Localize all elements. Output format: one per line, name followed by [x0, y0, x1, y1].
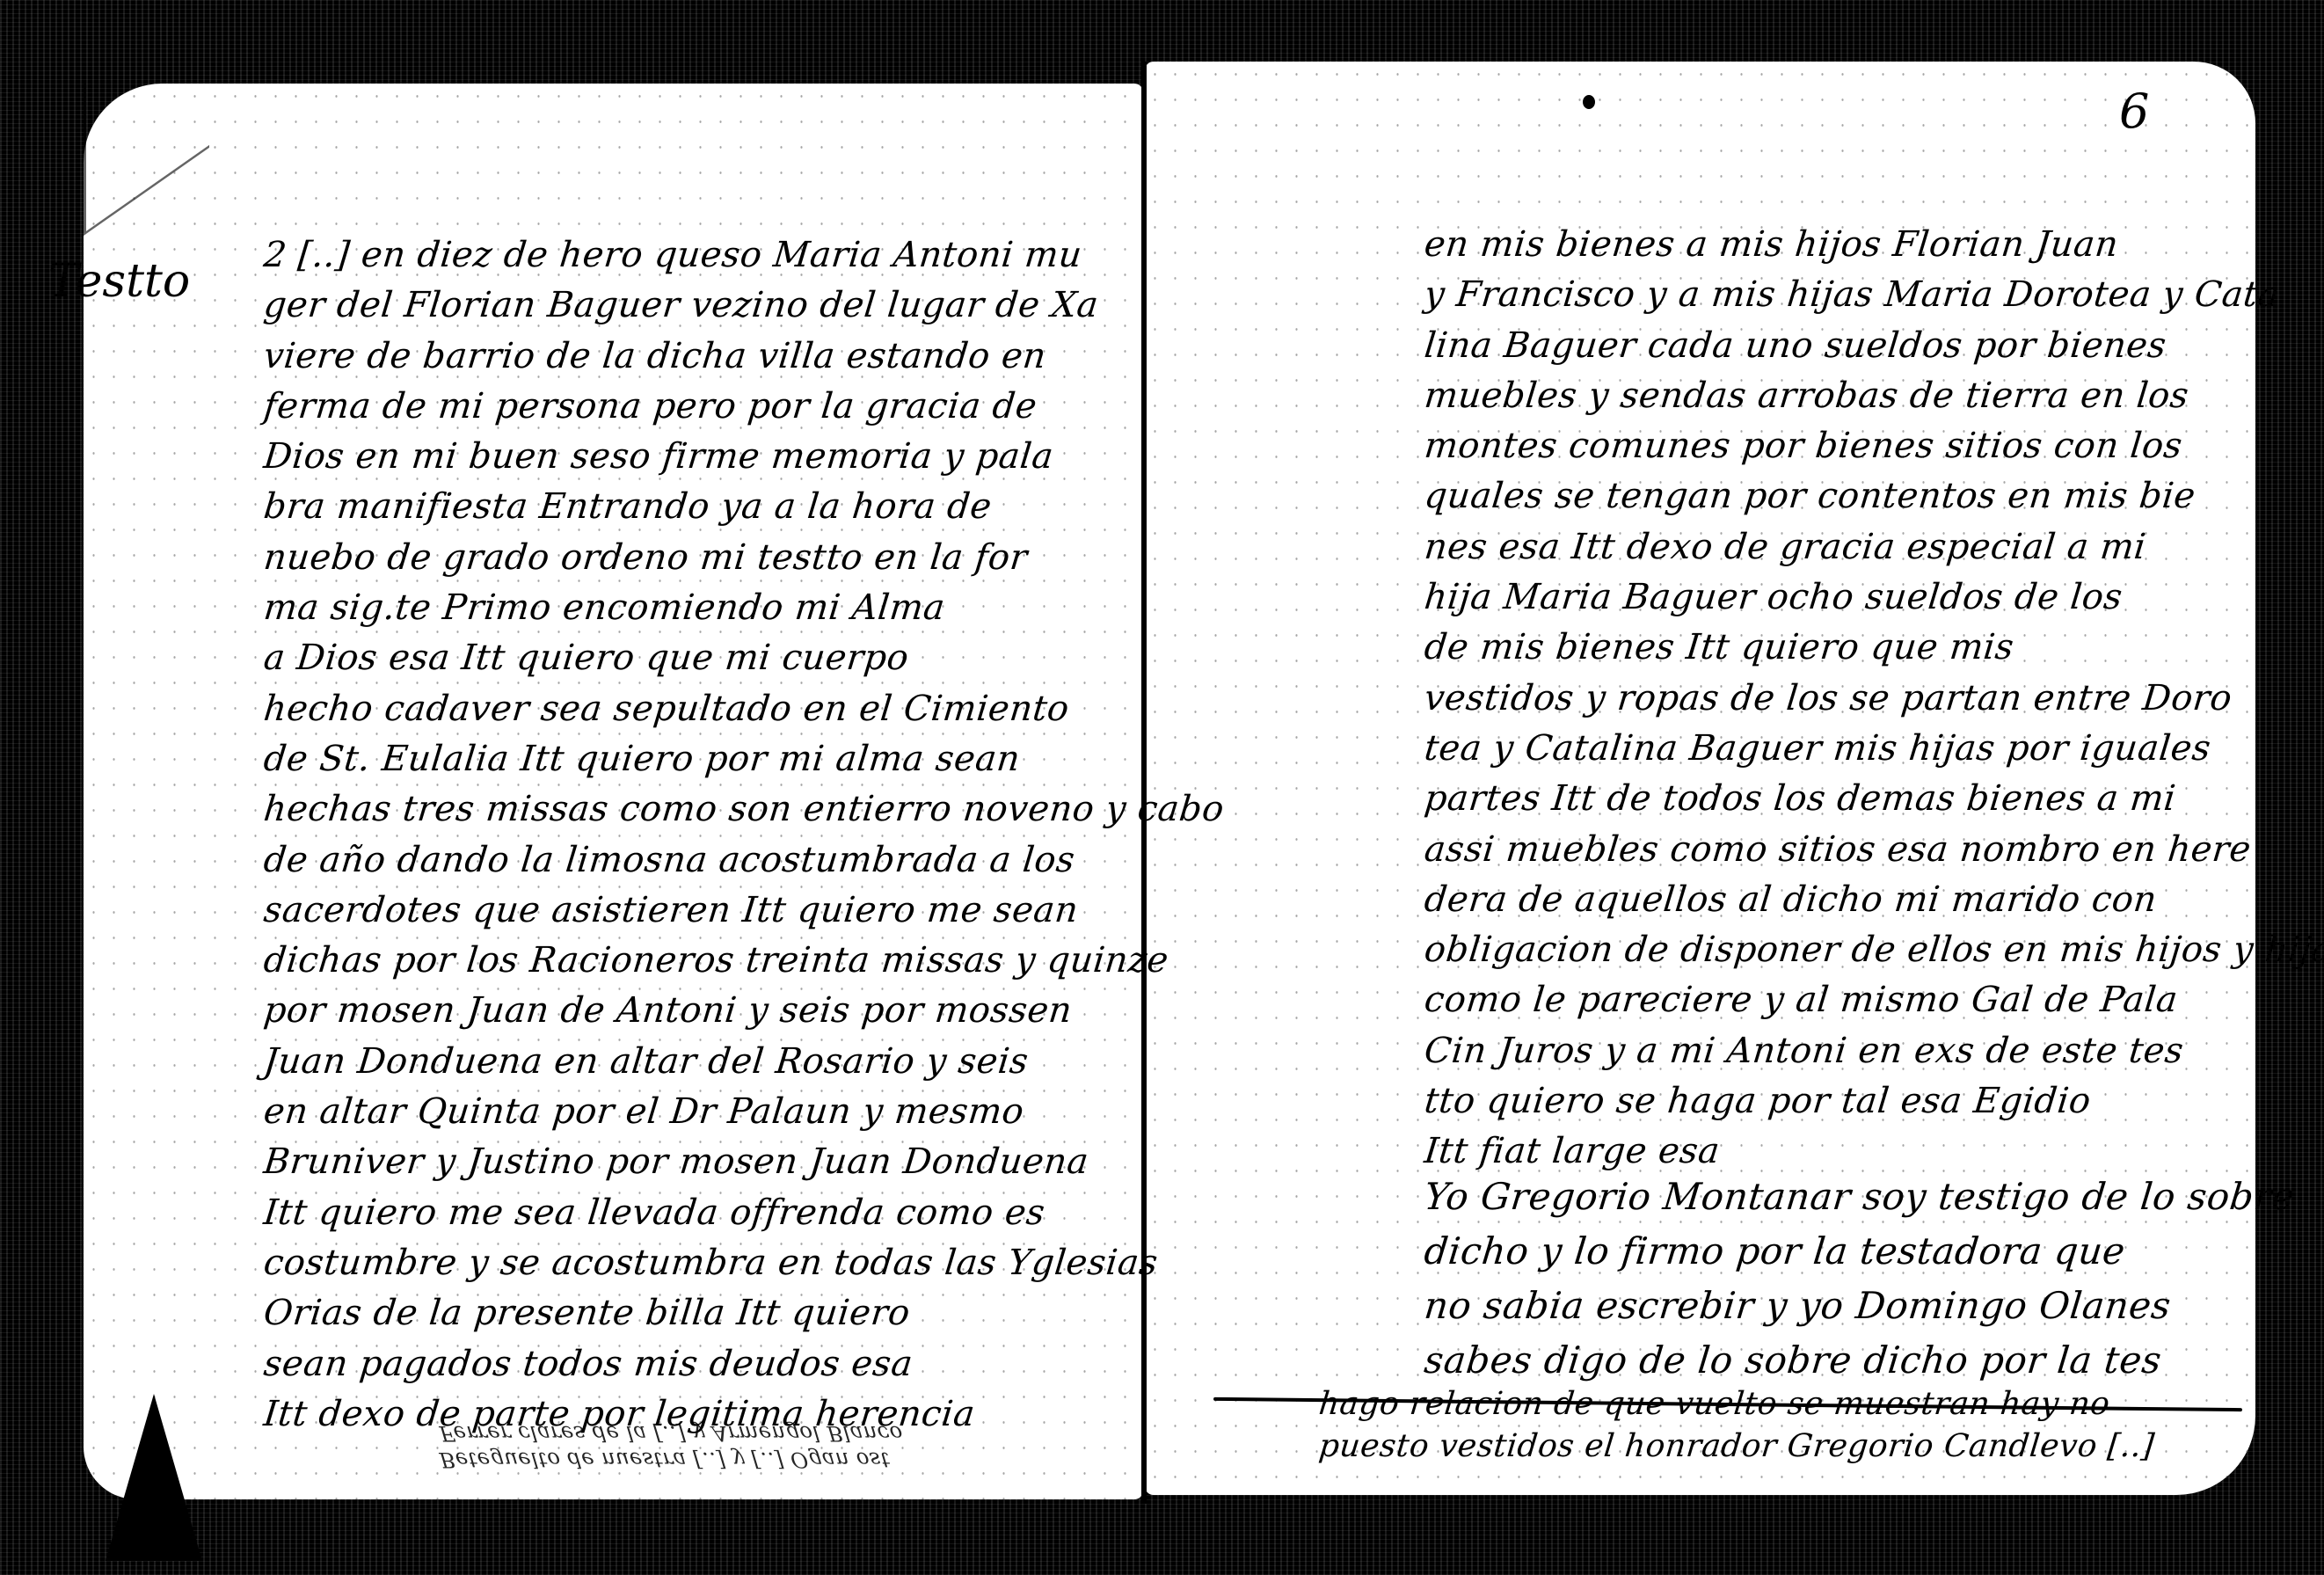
text-line: Itt quiero me sea llevada offrenda como …	[261, 1188, 1227, 1238]
text-line: dicho y lo firmo por la testadora que	[1422, 1224, 2298, 1279]
text-line: hija Maria Baguer ocho sueldos de los	[1422, 572, 2324, 623]
text-line: y Francisco y a mis hijas Maria Dorotea …	[1422, 270, 2324, 320]
text-line: ferma de mi persona pero por la gracia d…	[261, 382, 1227, 432]
text-line: Dios en mi buen seso firme memoria y pal…	[261, 432, 1227, 482]
text-line: 2 [..] en diez de hero queso Maria Anton…	[261, 230, 1227, 281]
text-line: de mis bienes Itt quiero que mis	[1422, 623, 2324, 673]
text-line: como le pareciere y al mismo Gal de Pala	[1422, 975, 2324, 1025]
text-line: en altar Quinta por el Dr Palaun y mesmo	[261, 1087, 1227, 1137]
text-line: en mis bienes a mis hijos Florian Juan	[1422, 220, 2324, 270]
text-line: lina Baguer cada uno sueldos por bienes	[1422, 321, 2324, 371]
text-line: hecho cadaver sea sepultado en el Cimien…	[261, 684, 1227, 734]
text-line: obligacion de disponer de ellos en mis h…	[1422, 925, 2324, 975]
text-line: Bruniver y Justino por mosen Juan Dondue…	[261, 1137, 1227, 1187]
text-line: viere de barrio de la dicha villa estand…	[261, 332, 1227, 382]
text-line: de St. Eulalia Itt quiero por mi alma se…	[261, 734, 1227, 784]
dark-ink-mark	[106, 1394, 202, 1561]
text-line: quales se tengan por contentos en mis bi…	[1422, 471, 2324, 521]
text-line: a Dios esa Itt quiero que mi cuerpo	[261, 633, 1227, 683]
text-line: Beteguelto de nuestra [..] y [..] Ogan o…	[438, 1447, 904, 1473]
margin-note: Testto	[48, 255, 190, 308]
text-line: Ferrer clares de la [..] y Armengol Blan…	[438, 1420, 904, 1447]
text-line: dera de aquellos al dicho mi marido con	[1422, 875, 2324, 925]
text-line: hechas tres missas como son entierro nov…	[261, 784, 1227, 835]
text-line: nuebo de grado ordeno mi testto en la fo…	[261, 533, 1227, 583]
text-line: sabes digo de lo sobre dicho por la tes	[1422, 1333, 2298, 1388]
text-line: Juan Donduena en altar del Rosario y sei…	[261, 1037, 1227, 1087]
text-line: tea y Catalina Baguer mis hijas por igua…	[1422, 724, 2324, 774]
text-line: Cin Juros y a mi Antoni en exs de este t…	[1422, 1026, 2324, 1076]
text-line: no sabia escrebir y yo Domingo Olanes	[1422, 1279, 2298, 1333]
ink-dot	[1583, 95, 1595, 109]
left-page-bleed-through: Ferrer clares de la [..] y Armengol Blan…	[440, 1420, 903, 1473]
text-line: ma sig.te Primo encomiendo mi Alma	[261, 583, 1227, 633]
text-line: hago relacion de que vuelto se muestran …	[1316, 1383, 2156, 1426]
text-line: ger del Florian Baguer vezino del lugar …	[261, 281, 1227, 331]
text-line: dichas por los Racioneros treinta missas…	[261, 936, 1227, 986]
text-line: sean pagados todos mis deudos esa	[261, 1339, 1227, 1389]
left-page-text: 2 [..] en diez de hero queso Maria Anton…	[264, 230, 1224, 1440]
right-page-footer-note: hago relacion de que vuelto se muestran …	[1319, 1383, 2154, 1468]
right-page-text: en mis bienes a mis hijos Florian Juan y…	[1424, 220, 2324, 1178]
text-line: montes comunes por bienes sitios con los	[1422, 421, 2324, 471]
text-line: Orias de la presente billa Itt quiero	[261, 1288, 1227, 1338]
text-line: Yo Gregorio Montanar soy testigo de lo s…	[1422, 1170, 2298, 1224]
right-page-signature-block: Yo Gregorio Montanar soy testigo de lo s…	[1424, 1170, 2294, 1388]
text-line: muebles y sendas arrobas de tierra en lo…	[1422, 371, 2324, 421]
text-line: assi muebles como sitios esa nombro en h…	[1422, 825, 2324, 875]
text-line: tto quiero se haga por tal esa Egidio	[1422, 1076, 2324, 1127]
page-number: 6	[2119, 84, 2149, 139]
text-line: partes Itt de todos los demas bienes a m…	[1422, 774, 2324, 824]
text-line: de año dando la limosna acostumbrada a l…	[261, 835, 1227, 886]
text-line: bra manifiesta Entrando ya a la hora de	[261, 482, 1227, 532]
text-line: vestidos y ropas de los se partan entre …	[1422, 674, 2324, 724]
text-line: sacerdotes que asistieren Itt quiero me …	[261, 886, 1227, 936]
text-line: costumbre y se acostumbra en todas las Y…	[261, 1238, 1227, 1288]
text-line: nes esa Itt dexo de gracia especial a mi	[1422, 522, 2324, 572]
text-line: por mosen Juan de Antoni y seis por moss…	[261, 986, 1227, 1036]
text-line: puesto vestidos el honrador Gregorio Can…	[1316, 1426, 2156, 1468]
